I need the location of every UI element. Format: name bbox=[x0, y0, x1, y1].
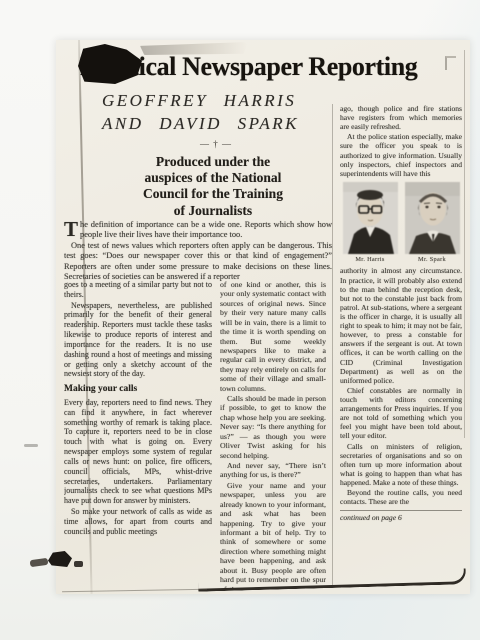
left-column: goes to a meeting of a similar party but… bbox=[64, 280, 212, 588]
right-para-4: Chief constables are normally in touch w… bbox=[340, 386, 462, 441]
middle-para-1: of one kind or another, this is your onl… bbox=[220, 280, 326, 393]
section-heading-making-your-calls: Making your calls bbox=[64, 384, 212, 396]
middle-column: of one kind or another, this is your onl… bbox=[220, 280, 326, 588]
imprint-line: of Journalists bbox=[98, 203, 328, 219]
right-para-2: At the police station especially, make s… bbox=[340, 132, 462, 178]
divider-ornament: — † — bbox=[116, 139, 316, 149]
spark-portrait-image bbox=[405, 182, 460, 254]
jacket-right-edge bbox=[464, 50, 465, 438]
right-column: ago, though police and fire stations hav… bbox=[340, 104, 462, 590]
middle-para-2: Calls should be made in person if possib… bbox=[220, 394, 326, 460]
imprint-line: Council for the Training bbox=[98, 186, 328, 202]
right-para-1: ago, though police and fire stations hav… bbox=[340, 104, 462, 131]
author-line-2: AND DAVID SPARK bbox=[102, 113, 332, 136]
background-smudge bbox=[24, 444, 38, 447]
book-jacket: Practical Newspaper Reporting GEOFFREY H… bbox=[56, 40, 470, 594]
continued-note: continued on page 6 bbox=[340, 510, 462, 522]
photo-harris: Mr. Harris bbox=[343, 182, 398, 264]
author-photos: Mr. Harris bbox=[340, 182, 462, 264]
intro-para-1: he definition of importance can be a wid… bbox=[64, 220, 332, 241]
imprint-line: Produced under the bbox=[98, 154, 328, 170]
imprint-block: Produced under the auspices of the Natio… bbox=[98, 154, 328, 219]
left-para-3: Every day, reporters need to find news. … bbox=[64, 398, 212, 506]
photo-caption-harris: Mr. Harris bbox=[343, 256, 398, 264]
photo-caption-spark: Mr. Spark bbox=[405, 256, 460, 264]
author-line-1: GEOFFREY HARRIS bbox=[102, 90, 332, 113]
drop-cap: T bbox=[64, 220, 80, 239]
left-para-2: Newspapers, nevertheless, are published … bbox=[64, 301, 212, 380]
right-para-3: authority in almost any circumstance. In… bbox=[340, 266, 462, 384]
left-para-1: goes to a meeting of a similar party but… bbox=[64, 280, 212, 300]
middle-para-3: And never say, “There isn’t anything for… bbox=[220, 461, 326, 480]
scan-artifact-mark bbox=[445, 56, 456, 70]
imprint-line: auspices of the National bbox=[98, 170, 328, 186]
book-authors: GEOFFREY HARRIS AND DAVID SPARK bbox=[102, 90, 332, 136]
harris-portrait-image bbox=[343, 182, 398, 254]
column-divider-rule bbox=[332, 104, 333, 586]
damage-mark-small bbox=[30, 558, 49, 567]
photo-spark: Mr. Spark bbox=[405, 182, 460, 264]
right-para-6: Beyond the routine calls, you need conta… bbox=[340, 488, 462, 506]
intro-para-2: One test of news values which reporters … bbox=[64, 241, 332, 283]
right-para-5: Calls on ministers of religion, secretar… bbox=[340, 442, 462, 488]
intro-paragraphs: T he definition of importance can be a w… bbox=[64, 220, 332, 283]
damage-mark-tiny bbox=[74, 561, 83, 567]
left-para-4: So make your network of calls as wide as… bbox=[64, 507, 212, 536]
